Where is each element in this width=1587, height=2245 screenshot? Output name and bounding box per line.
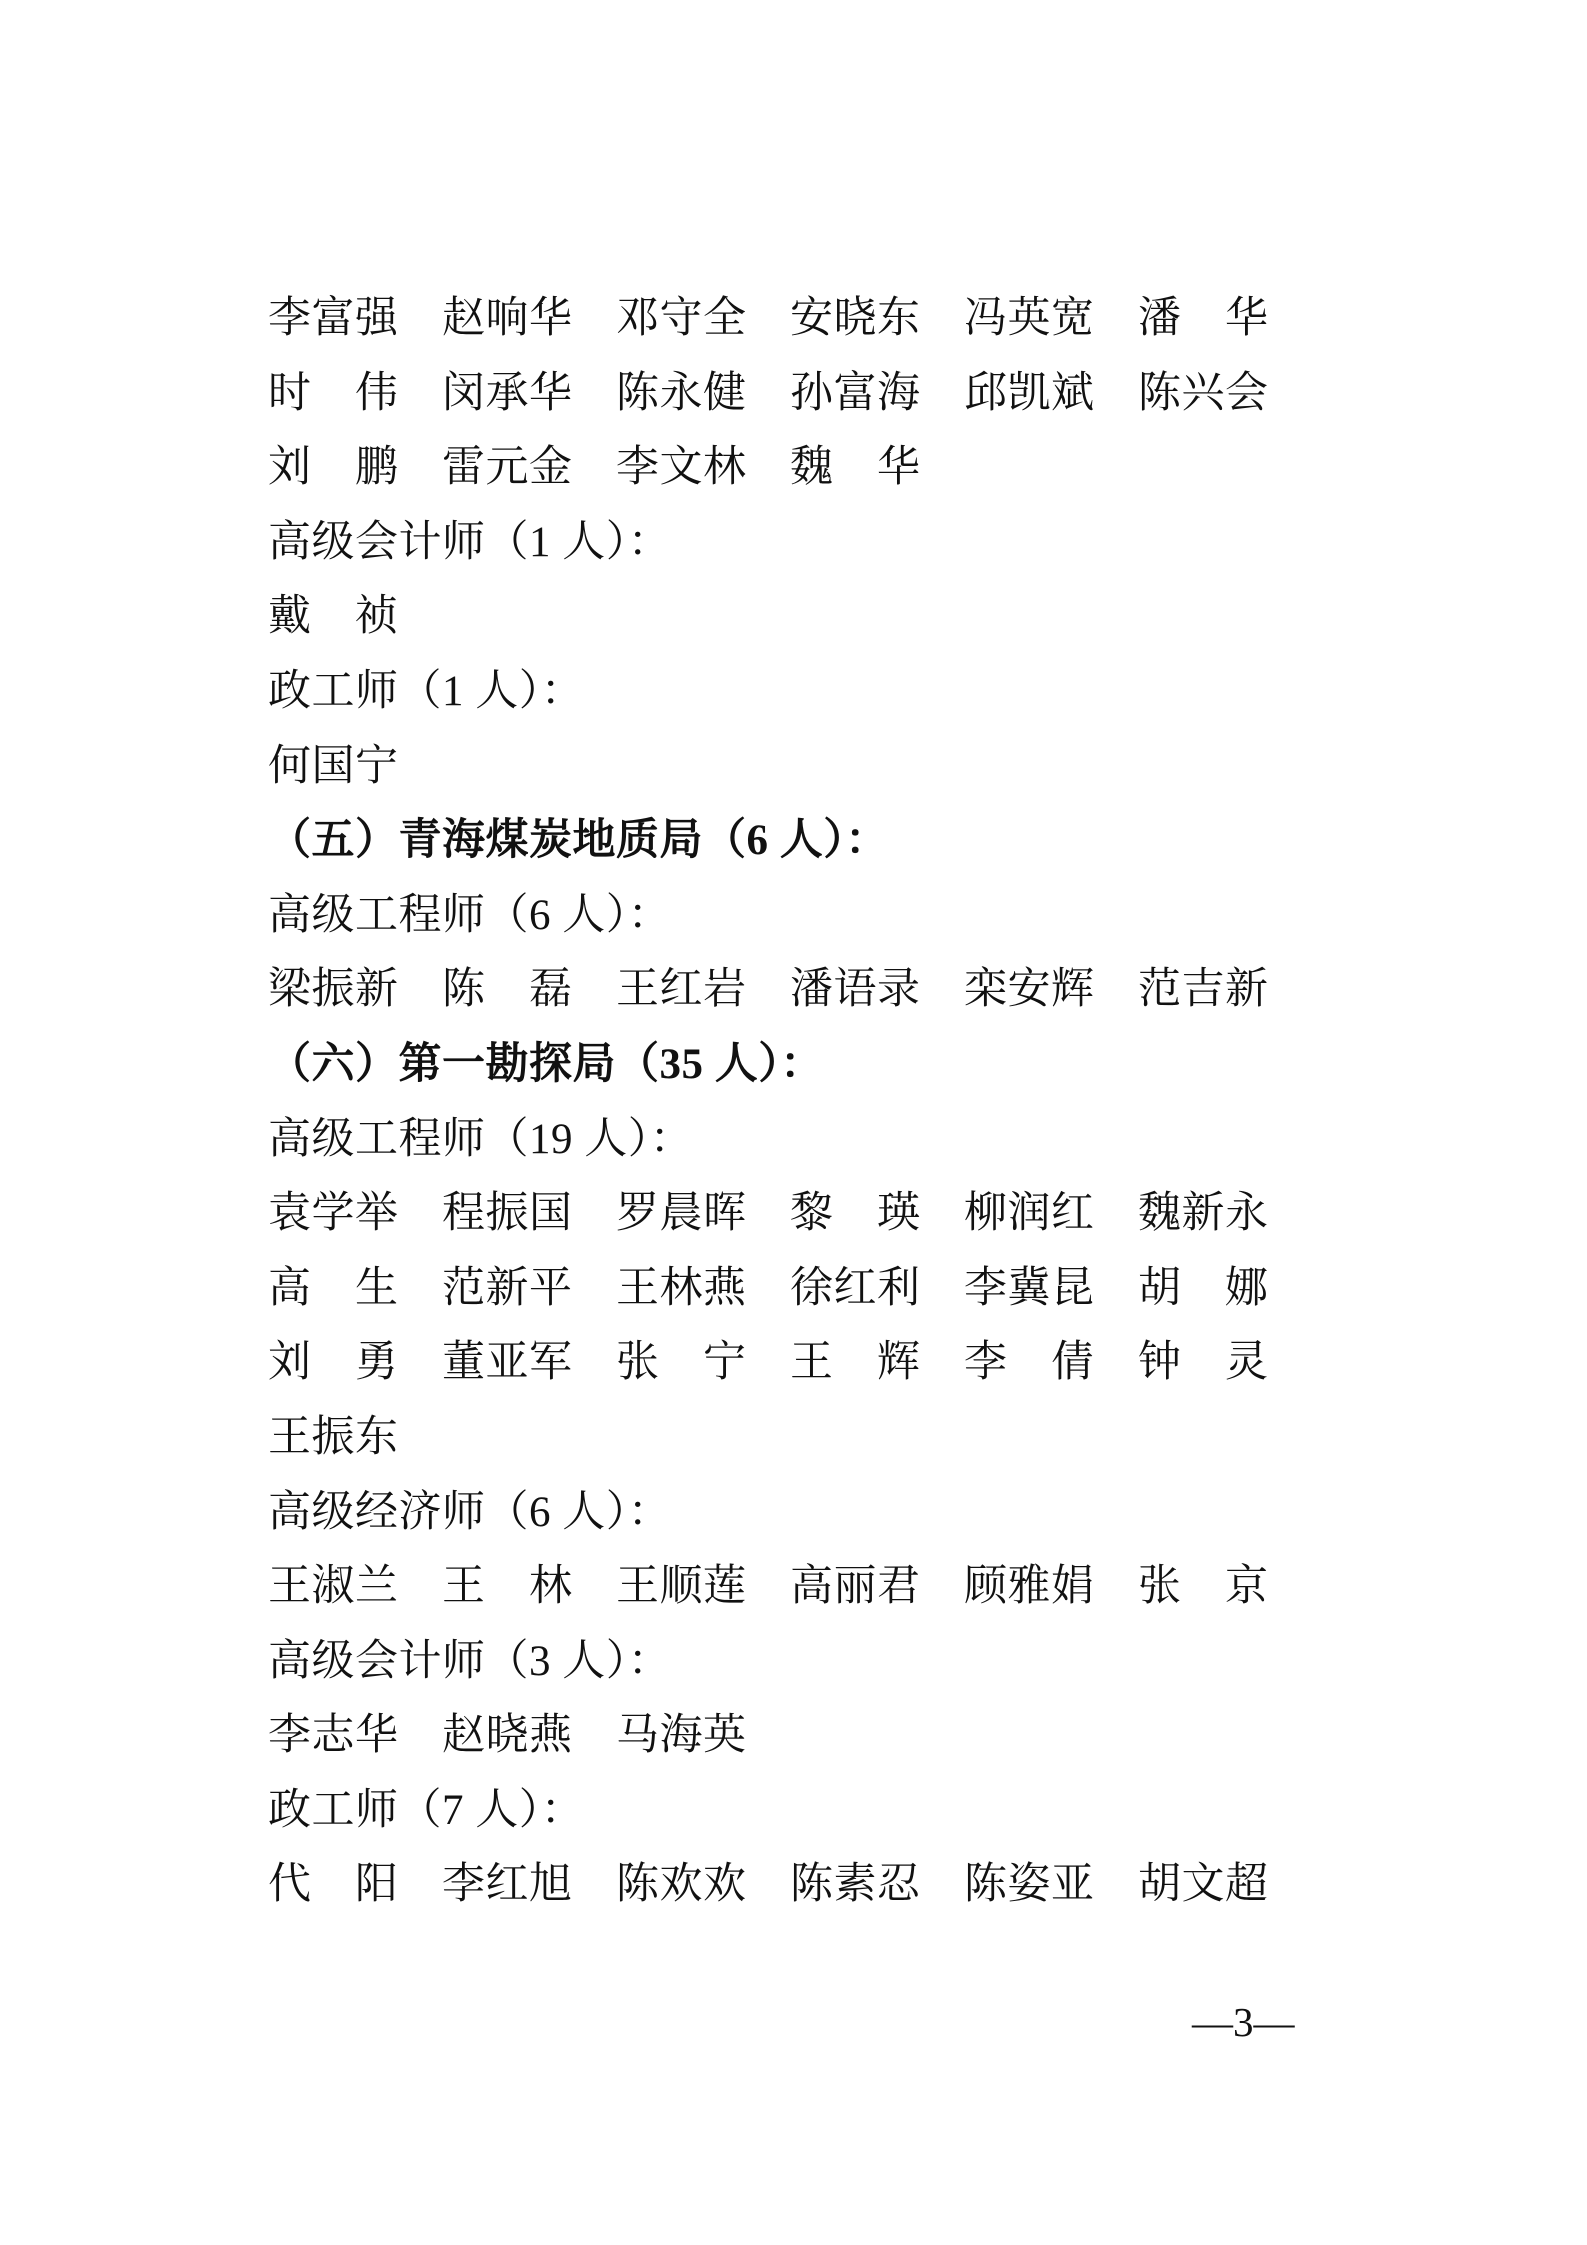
title-count-label: 政工师（1 人）：: [268, 655, 1398, 730]
name-list-line: 代 阳 李红旭 陈欢欢 陈素忍 陈姿亚 胡文超: [268, 1848, 1398, 1923]
page-number: —3—: [1192, 1996, 1295, 2048]
name-list-line: 袁学举 程振国 罗晨晖 黎 瑛 柳润红 魏新永: [268, 1177, 1398, 1252]
section-heading: （六）第一勘探局（35 人）：: [268, 1028, 1398, 1103]
name-list-line: 刘 鹏 雷元金 李文林 魏 华: [268, 431, 1398, 506]
title-count-label: 高级会计师（3 人）：: [268, 1625, 1398, 1700]
name-list-line: 戴 祯: [268, 580, 1398, 655]
title-count-label: 高级工程师（19 人）：: [268, 1103, 1398, 1178]
name-list-line: 李志华 赵晓燕 马海英: [268, 1699, 1398, 1774]
name-list-line: 梁振新 陈 磊 王红岩 潘语录 栾安辉 范吉新: [268, 953, 1398, 1028]
document-body: 李富强 赵响华 邓守全 安晓东 冯英宽 潘 华时 伟 闵承华 陈永健 孙富海 邱…: [268, 282, 1398, 1923]
name-list-line: 王振东: [268, 1401, 1398, 1476]
document-page: 李富强 赵响华 邓守全 安晓东 冯英宽 潘 华时 伟 闵承华 陈永健 孙富海 邱…: [0, 0, 1587, 2245]
name-list-line: 时 伟 闵承华 陈永健 孙富海 邱凯斌 陈兴会: [268, 357, 1398, 432]
title-count-label: 高级工程师（6 人）：: [268, 879, 1398, 954]
name-list-line: 李富强 赵响华 邓守全 安晓东 冯英宽 潘 华: [268, 282, 1398, 357]
title-count-label: 高级会计师（1 人）：: [268, 506, 1398, 581]
section-heading: （五）青海煤炭地质局（6 人）：: [268, 804, 1398, 879]
name-list-line: 刘 勇 董亚军 张 宁 王 辉 李 倩 钟 灵: [268, 1326, 1398, 1401]
name-list-line: 王淑兰 王 林 王顺莲 高丽君 顾雅娟 张 京: [268, 1550, 1398, 1625]
name-list-line: 何国宁: [268, 730, 1398, 805]
name-list-line: 高 生 范新平 王林燕 徐红利 李冀昆 胡 娜: [268, 1252, 1398, 1327]
title-count-label: 政工师（7 人）：: [268, 1774, 1398, 1849]
title-count-label: 高级经济师（6 人）：: [268, 1476, 1398, 1551]
